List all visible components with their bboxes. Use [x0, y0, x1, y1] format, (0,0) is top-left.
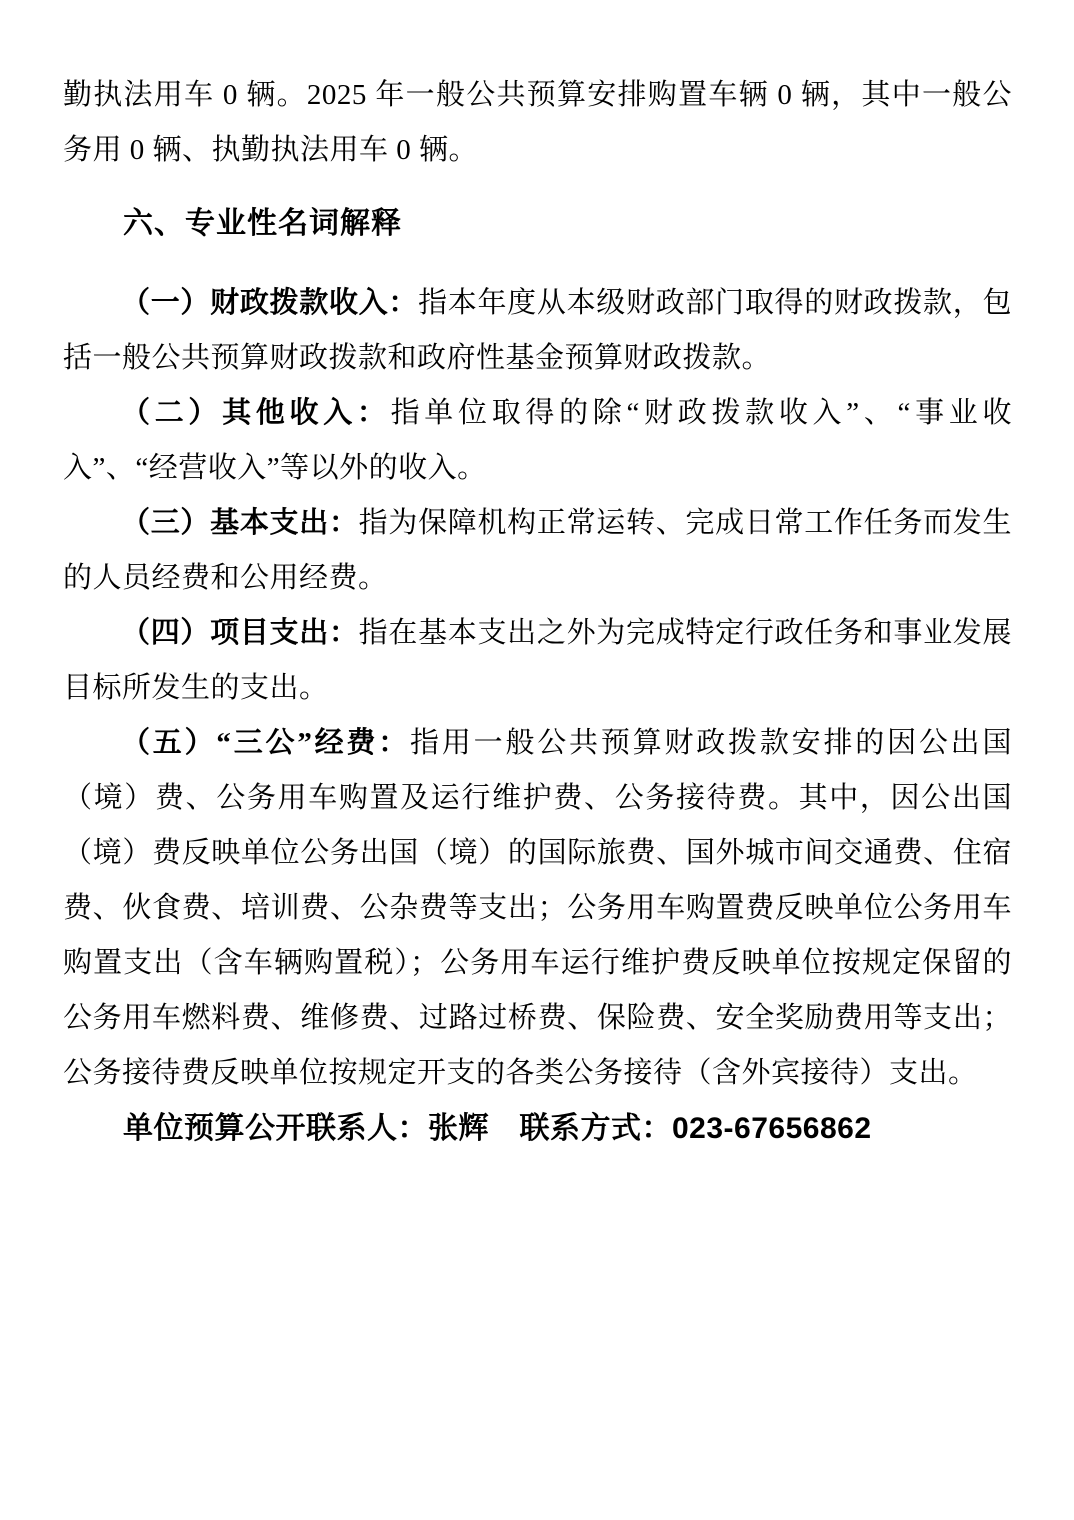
term-body-5: 指用一般公共预算财政拨款安排的因公出国（境）费、公务用车购置及运行维护费、公务接… — [63, 727, 1012, 1089]
contact-person-label: 单位预算公开联系人： — [123, 1112, 428, 1145]
document-page: 勤执法用车 0 辆。2025 年一般公共预算安排购置车辆 0 辆，其中一般公务用… — [0, 0, 1074, 1520]
term-paragraph-3: （三）基本支出：指为保障机构正常运转、完成日常工作任务而发生的人员经费和公用经费… — [63, 496, 1012, 606]
contact-person-name: 张辉 — [428, 1112, 489, 1145]
term-paragraph-1: （一）财政拨款收入：指本年度从本级财政部门取得的财政拨款，包括一般公共预算财政拨… — [63, 276, 1012, 386]
contact-phone: 023-67656862 — [672, 1112, 872, 1145]
term-lead-4: （四）项目支出： — [121, 617, 359, 649]
contact-spacer — [489, 1112, 520, 1145]
intro-paragraph: 勤执法用车 0 辆。2025 年一般公共预算安排购置车辆 0 辆，其中一般公务用… — [63, 68, 1012, 178]
section-heading: 六、专业性名词解释 — [63, 196, 1012, 251]
term-lead-1: （一）财政拨款收入： — [121, 287, 418, 319]
term-lead-3: （三）基本支出： — [121, 507, 359, 539]
term-paragraph-2: （二）其他收入：指单位取得的除“财政拨款收入”、“事业收入”、“经营收入”等以外… — [63, 386, 1012, 496]
term-paragraph-5: （五）“三公”经费：指用一般公共预算财政拨款安排的因公出国（境）费、公务用车购置… — [63, 716, 1012, 1101]
contact-line: 单位预算公开联系人：张辉 联系方式：023-67656862 — [63, 1101, 1012, 1156]
term-lead-2: （二）其他收入： — [121, 397, 391, 429]
term-paragraph-4: （四）项目支出：指在基本支出之外为完成特定行政任务和事业发展目标所发生的支出。 — [63, 606, 1012, 716]
term-lead-5: （五）“三公”经费： — [121, 727, 410, 759]
contact-method-label: 联系方式： — [520, 1112, 673, 1145]
